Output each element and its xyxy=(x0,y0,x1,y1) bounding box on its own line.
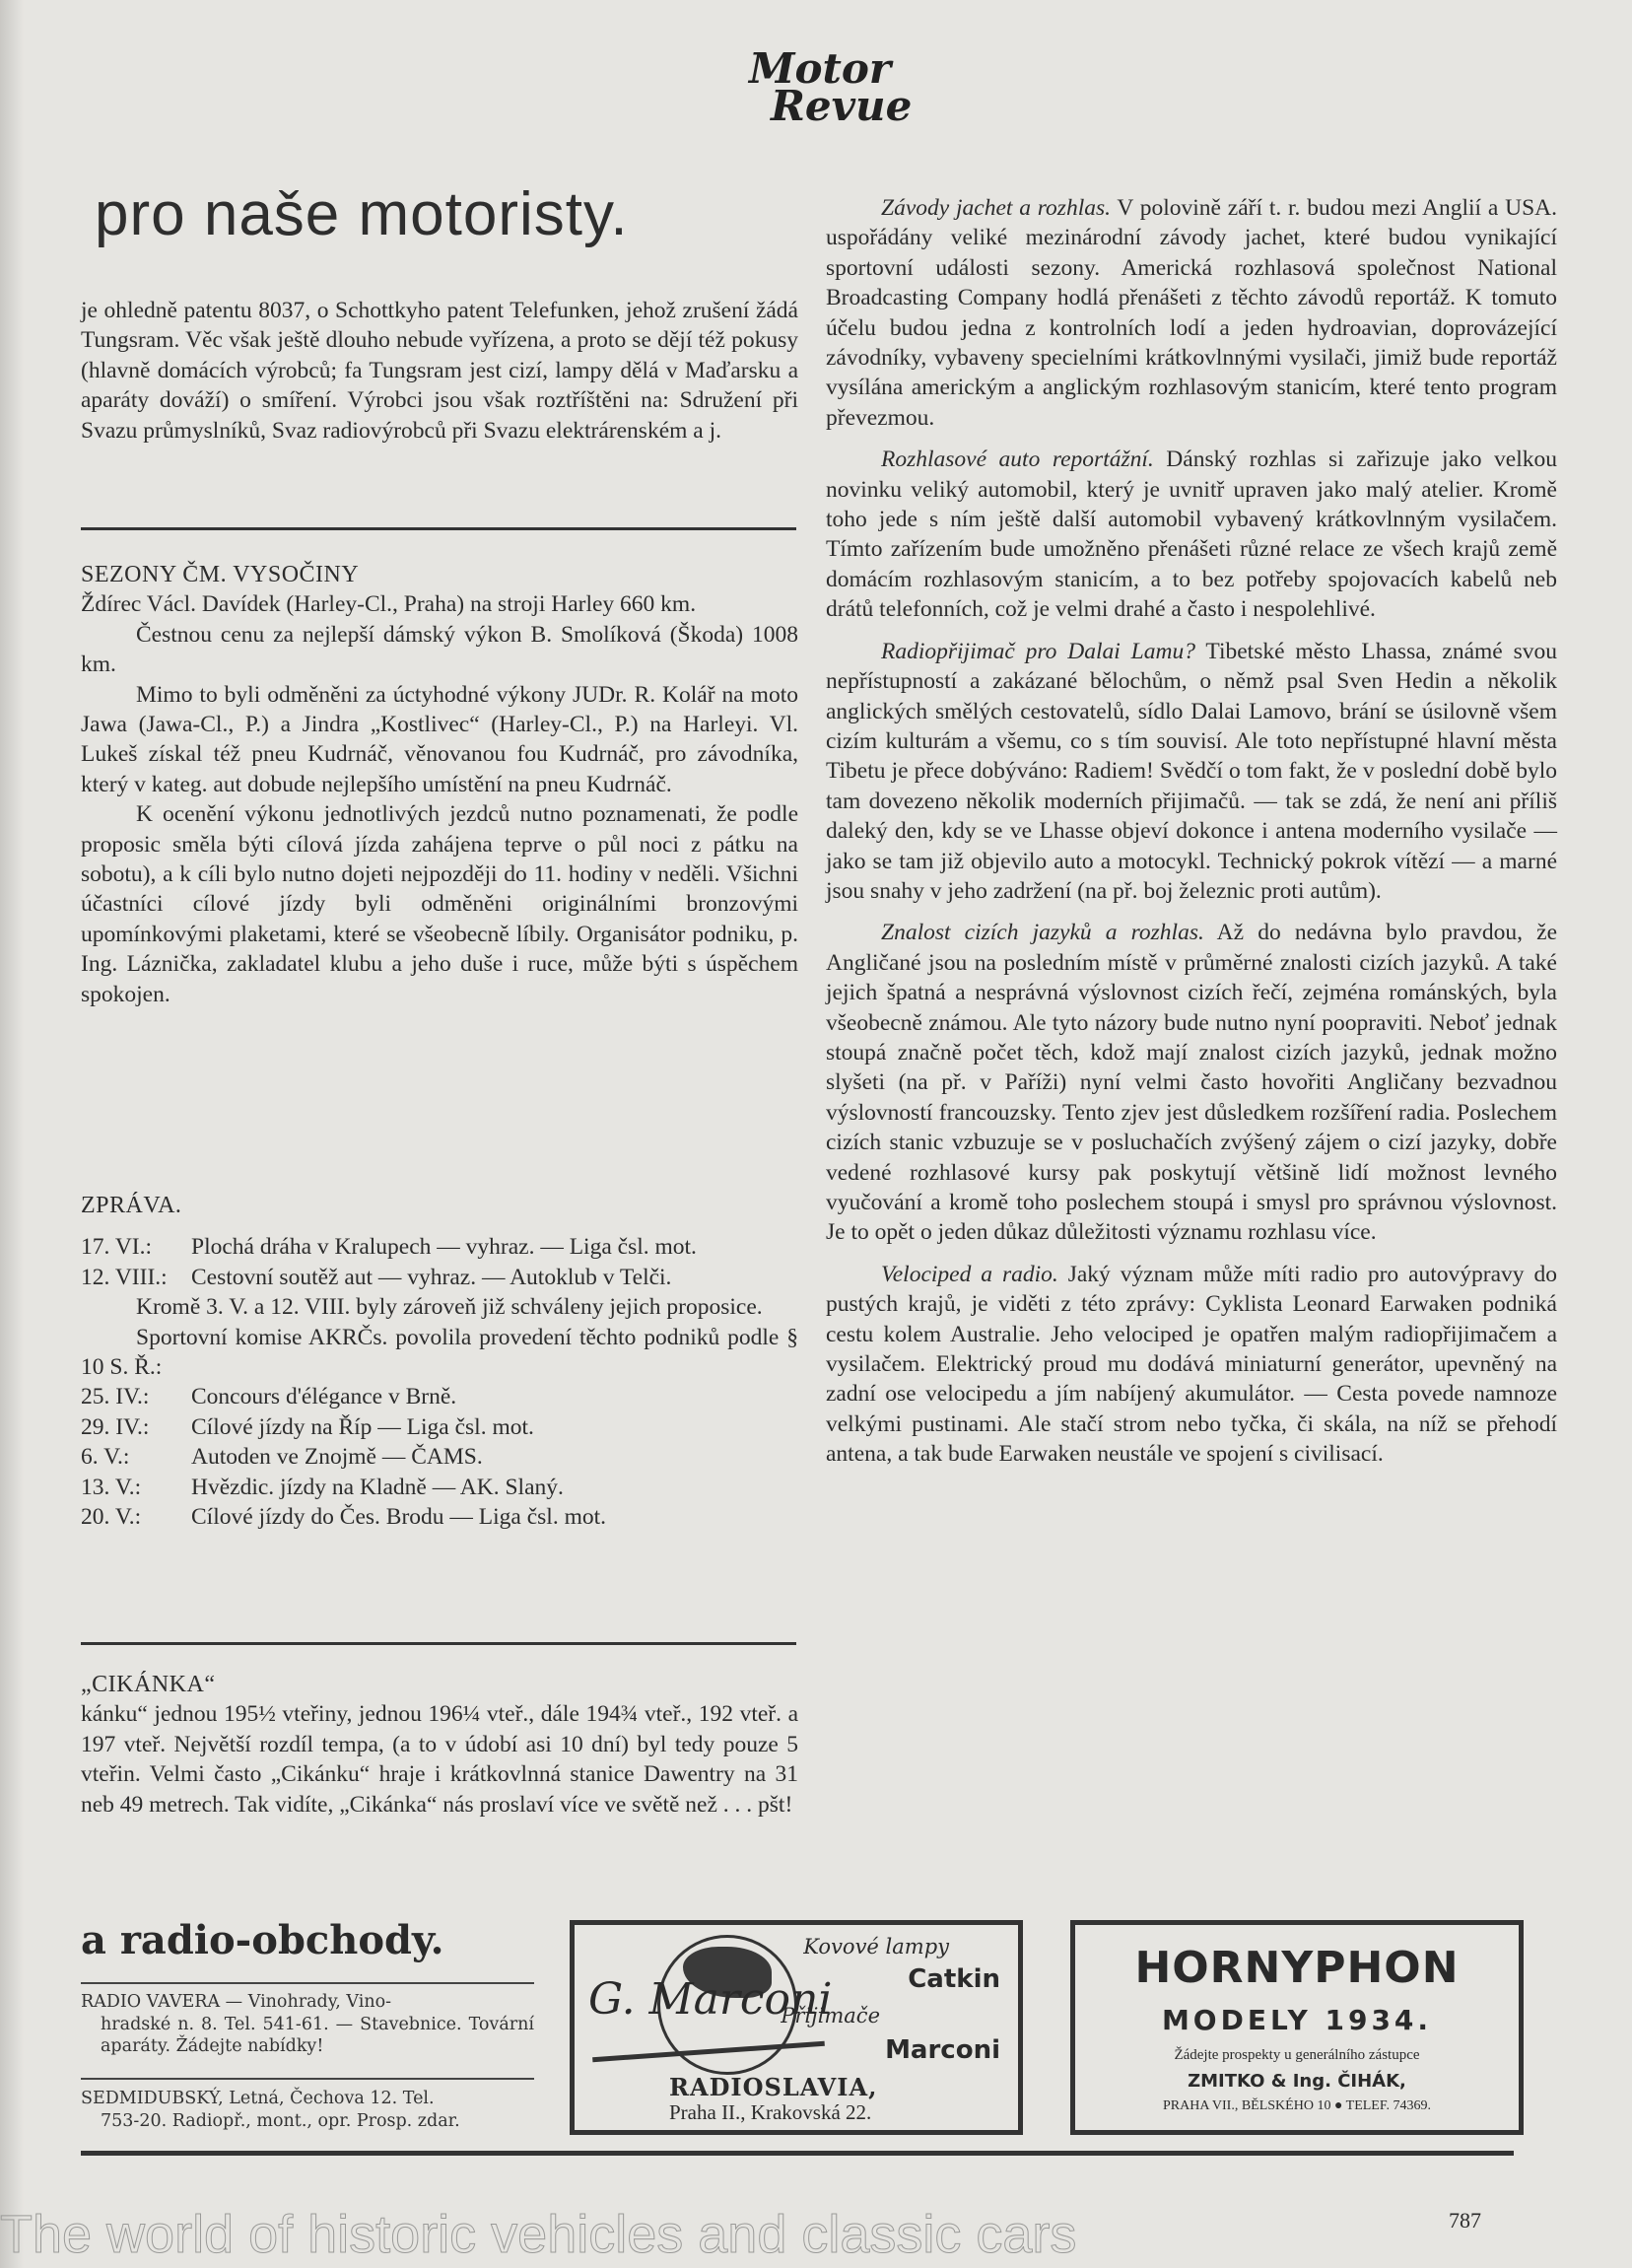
paragraph: K ocenění výkonu jednotlivých jezdců nut… xyxy=(81,799,798,1009)
article-lead: Rozhlasové auto reportážní. xyxy=(881,447,1154,472)
section-zprava: ZPRÁVA. 17. VI.: Plochá dráha v Kralupec… xyxy=(81,1191,798,1532)
article-body: V polovině září t. r. budou mezi Anglií … xyxy=(826,195,1557,431)
page-headline: pro naše motoristy. xyxy=(95,179,629,249)
right-column: Závody jachet a rozhlas. V polovině září… xyxy=(826,193,1557,1470)
schedule-date: 25. IV.: xyxy=(81,1382,191,1411)
paragraph: Mimo to byli odměněni za úctyhodné výkon… xyxy=(81,680,798,800)
schedule-row: 6. V.: Autoden ve Znojmě — ČAMS. xyxy=(81,1442,798,1472)
schedule-date: 17. VI.: xyxy=(81,1232,191,1262)
paragraph: kánku“ jednou 195½ vteřiny, jednou 196¼ … xyxy=(81,1699,798,1820)
watermark-text: The world of historic vehicles and class… xyxy=(0,2204,1076,2265)
article-dalai-lama: Radiopřijimač pro Dalai Lamu? Tibetské m… xyxy=(826,637,1557,907)
schedule-text: Hvězdic. jízdy na Kladně — AK. Slaný. xyxy=(191,1473,798,1502)
shop-line: hradské n. 8. Tel. 541-61. — Stavebnice.… xyxy=(81,2014,534,2058)
schedule-text: Cestovní soutěž aut — vyhraz. — Autoklub… xyxy=(191,1263,798,1292)
hornyphon-address: PRAHA VII., BĚLSKÉHO 10 ● TELEF. 74369. xyxy=(1075,2098,1519,2114)
hornyphon-request: Žádejte prospekty u generálního zástupce xyxy=(1075,2047,1519,2064)
motor-revue-logo: Motor Revue xyxy=(741,41,918,140)
hornyphon-title: HORNYPHON xyxy=(1075,1943,1519,1993)
shop-listing-vavera: RADIO VAVERA — Vinohrady, Vino- hradské … xyxy=(81,1991,534,2058)
schedule-text: Plochá dráha v Kralupech — vyhraz. — Lig… xyxy=(191,1232,798,1262)
article-yacht-radio: Závody jachet a rozhlas. V polovině září… xyxy=(826,193,1557,433)
article-body: Tibetské město Lhassa, známé svou nepřís… xyxy=(826,639,1557,904)
article-lead: Radiopřijimač pro Dalai Lamu? xyxy=(881,639,1195,664)
logo-line-2: Revue xyxy=(771,85,912,128)
product-brand-1: Catkin xyxy=(908,1964,1000,1994)
schedule-text: Concours d'élégance v Brně. xyxy=(191,1382,798,1411)
article-lead: Velociped a radio. xyxy=(881,1262,1058,1287)
schedule-date: 6. V.: xyxy=(81,1442,191,1472)
schedule-text: Autoden ve Znojmě — ČAMS. xyxy=(191,1442,798,1472)
schedule-row: 29. IV.: Cílové jízdy na Říp — Liga čsl.… xyxy=(81,1412,798,1442)
section-cikanka: „CIKÁNKA“ kánku“ jednou 195½ vteřiny, je… xyxy=(81,1670,798,1820)
ads-subheading: a radio-obchody. xyxy=(81,1917,444,1963)
schedule-row: 20. V.: Cílové jízdy do Čes. Brodu — Lig… xyxy=(81,1502,798,1532)
schedule-date: 13. V.: xyxy=(81,1473,191,1502)
paragraph: Ždírec Václ. Davídek (Harley-Cl., Praha)… xyxy=(81,589,798,619)
shop-listing-sedmidubsky: SEDMIDUBSKÝ, Letná, Čechova 12. Tel. 753… xyxy=(81,2088,534,2132)
schedule-row: 17. VI.: Plochá dráha v Kralupech — vyhr… xyxy=(81,1232,798,1262)
product-line-2: Přijimače xyxy=(781,2004,880,2027)
section-sezony: SEZONY ČM. VYSOČINY Ždírec Václ. Davídek… xyxy=(81,560,798,1009)
shop-line: 753-20. Radiopř., mont., opr. Prosp. zda… xyxy=(81,2110,534,2133)
shop-divider xyxy=(81,2078,534,2080)
article-lead: Závody jachet a rozhlas. xyxy=(881,195,1111,221)
section-divider xyxy=(81,527,796,530)
page-edge-shadow xyxy=(0,0,24,2268)
section-heading-cikanka: „CIKÁNKA“ xyxy=(81,1670,798,1699)
schedule-row: 25. IV.: Concours d'élégance v Brně. xyxy=(81,1382,798,1411)
section-divider xyxy=(81,1642,796,1645)
section-heading-sezony: SEZONY ČM. VYSOČINY xyxy=(81,560,798,589)
marconi-globe-logo: G. Marconi xyxy=(588,1933,825,2071)
company-name: RADIOSLAVIA, xyxy=(669,2073,877,2101)
paragraph: Kromě 3. V. a 12. VIII. byly zároveň již… xyxy=(81,1292,798,1322)
schedule-row: 13. V.: Hvězdic. jízdy na Kladně — AK. S… xyxy=(81,1473,798,1502)
article-body: Dánský rozhlas si zařizuje jako velkou n… xyxy=(826,447,1557,622)
article-languages: Znalost cizích jazyků a rozhlas. Až do n… xyxy=(826,918,1557,1247)
schedule-text: Cílové jízdy do Čes. Brodu — Liga čsl. m… xyxy=(191,1502,798,1532)
paragraph: Čestnou cenu za nejlepší dámský výkon B.… xyxy=(81,620,798,680)
schedule-date: 12. VIII.: xyxy=(81,1263,191,1292)
schedule-row: 12. VIII.: Cestovní soutěž aut — vyhraz.… xyxy=(81,1263,798,1292)
article-velociped: Velociped a radio. Jaký význam může míti… xyxy=(826,1260,1557,1470)
intro-paragraph: je ohledně patentu 8037, o Schottkyho pa… xyxy=(81,296,798,446)
bottom-rule xyxy=(81,2151,1514,2156)
company-address: Praha II., Krakovská 22. xyxy=(669,2100,871,2125)
schedule-date: 20. V.: xyxy=(81,1502,191,1532)
article-body: Až do nedávna bylo pravdou, že Angličané… xyxy=(826,920,1557,1245)
article-body: Jaký význam může míti radio pro autovýpr… xyxy=(826,1262,1557,1467)
hornyphon-models: MODELY 1934. xyxy=(1075,2004,1519,2036)
marconi-advertisement: G. Marconi Kovové lampy Catkin Přijimače… xyxy=(570,1920,1023,2135)
schedule-text: Cílové jízdy na Říp — Liga čsl. mot. xyxy=(191,1412,798,1442)
shop-line: SEDMIDUBSKÝ, Letná, Čechova 12. Tel. xyxy=(81,2088,534,2110)
paragraph: Sportovní komise AKRČs. povolila provede… xyxy=(81,1323,798,1383)
hornyphon-advertisement: HORNYPHON MODELY 1934. Žádejte prospekty… xyxy=(1070,1920,1524,2135)
page-number: 787 xyxy=(1449,2208,1481,2234)
hornyphon-agent: ZMITKO & Ing. ČIHÁK, xyxy=(1075,2071,1519,2092)
article-lead: Znalost cizích jazyků a rozhlas. xyxy=(881,920,1204,945)
left-intro: je ohledně patentu 8037, o Schottkyho pa… xyxy=(81,296,798,446)
shop-divider xyxy=(81,1982,534,1984)
article-radio-car: Rozhlasové auto reportážní. Dánský rozhl… xyxy=(826,445,1557,624)
section-heading-zprava: ZPRÁVA. xyxy=(81,1191,798,1220)
schedule-date: 29. IV.: xyxy=(81,1412,191,1442)
shop-line: RADIO VAVERA — Vinohrady, Vino- xyxy=(81,1991,534,2014)
product-line-1: Kovové lampy xyxy=(803,1935,949,1959)
product-brand-2: Marconi xyxy=(885,2035,1000,2065)
